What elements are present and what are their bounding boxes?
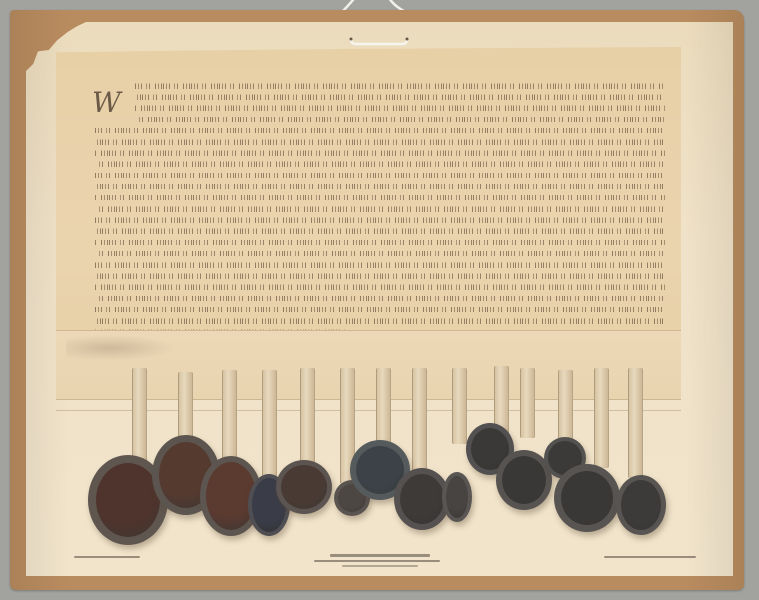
seal-ribbon bbox=[132, 368, 147, 464]
handwriting-line bbox=[95, 170, 665, 181]
seal-impression bbox=[400, 474, 444, 524]
handwriting-line bbox=[95, 158, 665, 169]
handwriting-line bbox=[95, 214, 665, 225]
wax-seal bbox=[276, 460, 332, 514]
seal-impression bbox=[446, 476, 468, 518]
handwriting-line bbox=[95, 259, 665, 270]
seal-impression bbox=[281, 465, 327, 509]
wax-seal bbox=[442, 472, 472, 522]
handwriting-line bbox=[95, 237, 665, 248]
handwriting-line bbox=[95, 147, 665, 158]
caption-center-line2 bbox=[314, 560, 440, 562]
handwriting-line bbox=[95, 315, 665, 326]
seal-impression bbox=[96, 463, 160, 537]
wax-seal bbox=[616, 475, 666, 535]
string-eyelet bbox=[348, 36, 410, 46]
plica-stain bbox=[66, 335, 176, 361]
handwriting-line bbox=[95, 136, 665, 147]
charter-text bbox=[95, 80, 665, 337]
seal-ribbon bbox=[300, 368, 315, 463]
handwriting-line bbox=[95, 281, 665, 292]
seal-ribbon bbox=[222, 370, 237, 460]
handwriting-line bbox=[95, 293, 665, 304]
seal-ribbon bbox=[558, 370, 573, 440]
handwriting-line bbox=[95, 192, 665, 203]
seal-ribbon bbox=[376, 368, 391, 448]
handwriting-line bbox=[135, 102, 665, 113]
handwriting-line bbox=[135, 80, 665, 91]
handwriting-line bbox=[95, 225, 665, 236]
caption-left bbox=[74, 556, 140, 558]
seal-ribbon bbox=[412, 368, 427, 472]
seal-ribbon bbox=[628, 368, 643, 478]
seal-ribbon bbox=[262, 370, 277, 482]
seal-ribbon bbox=[520, 368, 535, 438]
seal-ribbon bbox=[452, 368, 467, 444]
handwriting-line bbox=[95, 270, 665, 281]
handwriting-line bbox=[135, 114, 665, 125]
wax-seal bbox=[554, 464, 620, 532]
handwriting-line bbox=[95, 203, 665, 214]
caption-center-title bbox=[330, 554, 430, 557]
caption-right bbox=[604, 556, 696, 558]
photograph-stage: W bbox=[0, 0, 759, 600]
seal-impression bbox=[502, 456, 546, 504]
seal-ribbon bbox=[594, 368, 609, 468]
caption-center-line3 bbox=[342, 565, 418, 567]
fold-line bbox=[56, 410, 681, 411]
handwriting-line bbox=[95, 125, 665, 136]
seal-impression bbox=[561, 471, 613, 525]
seal-ribbon bbox=[178, 372, 193, 442]
handwriting-line bbox=[95, 248, 665, 259]
handwriting-line bbox=[95, 181, 665, 192]
handwriting-line bbox=[95, 304, 665, 315]
handwriting-line bbox=[135, 91, 665, 102]
seal-impression bbox=[621, 480, 661, 530]
